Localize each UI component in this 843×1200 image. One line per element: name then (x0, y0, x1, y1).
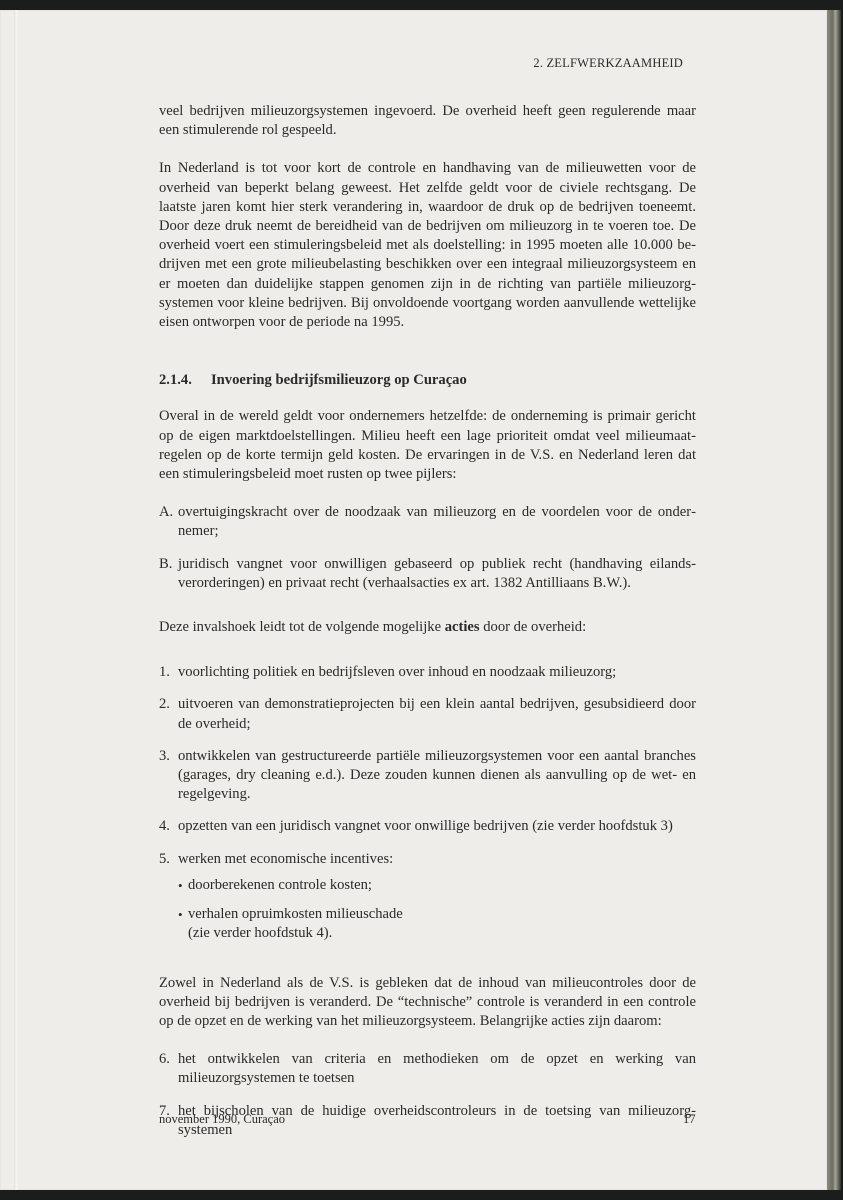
list-text: werken met economische incentives: (178, 851, 393, 867)
list-text: uitvoeren van demonstratieprojecten bij … (178, 695, 696, 733)
bullet-icon: • (178, 905, 188, 943)
action-item: 6. het ontwikkelen van criteria en metho… (159, 1050, 696, 1088)
page-edge (827, 10, 841, 1190)
action-item: 5. werken met economische incentives: • … (159, 850, 696, 954)
bullet-text-continued: (zie verder hoofdstuk 4). (188, 925, 332, 941)
list-marker: A. (159, 503, 178, 541)
pillar-item: A. overtuigingskracht over de noodzaak v… (159, 503, 696, 541)
footer-date-location: november 1990, Curaçao (159, 1112, 285, 1127)
list-marker: B. (159, 555, 178, 593)
bullet-text-container: verhalen opruimkosten milieuschade (zie … (188, 905, 696, 943)
list-marker: 2. (159, 695, 178, 733)
list-marker: 6. (159, 1050, 178, 1088)
page-body: veel bedrijven milieuzorgsystemen ingevo… (159, 102, 696, 1154)
page-number: 17 (683, 1112, 696, 1127)
paragraph-inspection-change: Zowel in Nederland als de V.S. is geblek… (159, 974, 696, 1032)
pillars-list: A. overtuigingskracht over de noodzaak v… (159, 503, 696, 593)
list-text-container: werken met economische incentives: • doo… (178, 850, 696, 954)
bullet-text: verhalen opruimkosten milieuschade (188, 906, 403, 922)
text-span: Deze invalshoek leidt tot de volgende mo… (159, 619, 445, 635)
list-marker: 5. (159, 850, 178, 954)
emphasis-acties: acties (445, 619, 480, 635)
list-text: juridisch vangnet voor onwilligen gebase… (178, 555, 696, 593)
running-header: 2. ZELFWERKZAAMHEID (533, 56, 683, 71)
bullet-icon: • (178, 876, 188, 895)
section-number: 2.1.4. (159, 371, 211, 390)
action-item: 3. ontwikkelen van gestructureerde parti… (159, 747, 696, 805)
list-text: ontwikkelen van gestructureerde partiële… (178, 747, 696, 805)
list-marker: 3. (159, 747, 178, 805)
list-text: voorlichting politiek en bedrijfsleven o… (178, 663, 696, 682)
paragraph-netherlands-enforcement: In Nederland is tot voor kort de control… (159, 159, 696, 332)
list-marker: 4. (159, 817, 178, 836)
incentives-list: • doorberekenen controle kosten; • verha… (178, 876, 696, 944)
actions-list: 1. voorlichting politiek en bedrijfsleve… (159, 663, 696, 953)
action-item: 2. uitvoeren van demonstratieprojecten b… (159, 695, 696, 733)
document-page: 2. ZELFWERKZAAMHEID veel bedrijven milie… (0, 10, 827, 1190)
incentive-item: • doorberekenen controle kosten; (178, 876, 696, 895)
list-text: overtuigingskracht over de noodzaak van … (178, 503, 696, 541)
incentive-item: • verhalen opruimkosten milieuschade (zi… (178, 905, 696, 943)
text-span: door de overheid: (480, 619, 587, 635)
list-marker: 1. (159, 663, 178, 682)
section-heading: 2.1.4.Invoering bedrijfsmilieuzorg op Cu… (159, 371, 696, 390)
paragraph-actions-intro: Deze invalshoek leidt tot de volgende mo… (159, 618, 696, 637)
action-item: 4. opzetten van een juridisch vangnet vo… (159, 817, 696, 836)
section-title: Invoering bedrijfsmilieuzorg op Curaçao (211, 372, 467, 388)
pillar-item: B. juridisch vangnet voor onwilligen geb… (159, 555, 696, 593)
paragraph-intro-continued: veel bedrijven milieuzorgsystemen ingevo… (159, 102, 696, 140)
list-text: het ontwikkelen van criteria en methodie… (178, 1050, 696, 1088)
bullet-text: doorberekenen controle kosten; (188, 876, 696, 895)
list-text: opzetten van een juridisch vangnet voor … (178, 817, 696, 836)
action-item: 1. voorlichting politiek en bedrijfsleve… (159, 663, 696, 682)
paragraph-entrepreneurs: Overal in de wereld geldt voor onderneme… (159, 407, 696, 484)
page-crease (14, 10, 18, 1190)
